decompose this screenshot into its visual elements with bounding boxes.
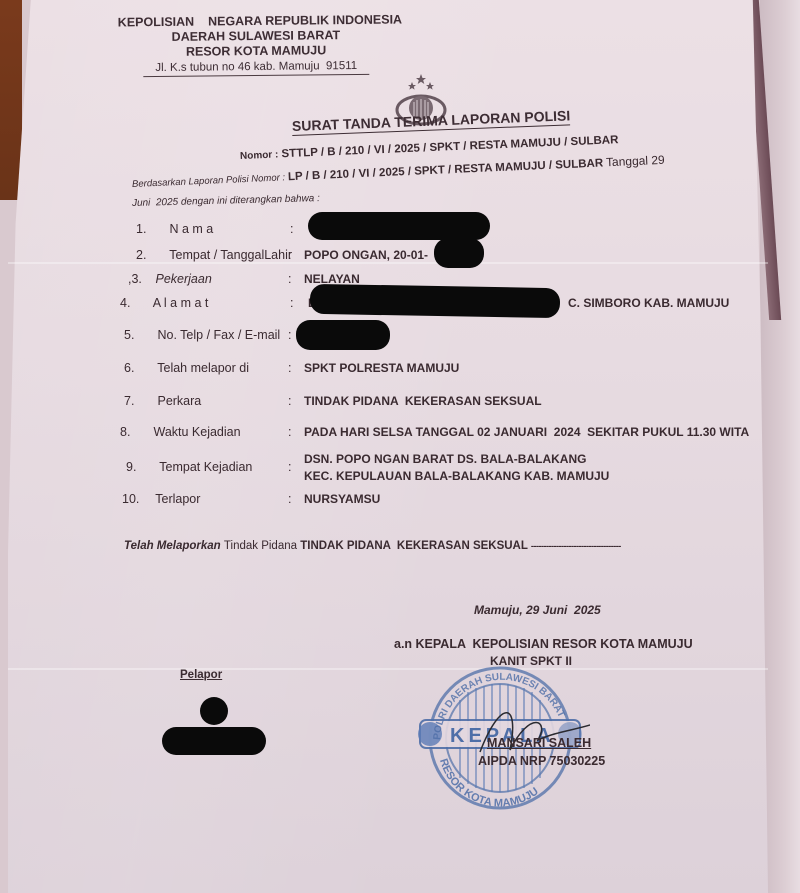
official-stamp-icon: KEPALA POLRI DAERAH SULAWESI BARAT RESOR… bbox=[410, 660, 590, 810]
field-row-lapor: 6. Telah melapor di : SPKT POLRESTA MAMU… bbox=[124, 361, 249, 375]
field-label: Waktu Kejadian bbox=[153, 425, 240, 439]
field-colon: : bbox=[288, 394, 291, 408]
field-value: SPKT POLRESTA MAMUJU bbox=[304, 361, 459, 375]
letterhead-line3: RESOR KOTA MAMUJU bbox=[118, 43, 394, 61]
summary-italic: Telah Melaporkan bbox=[124, 540, 221, 552]
field-number: 6. bbox=[124, 361, 154, 375]
field-number: 1. bbox=[136, 222, 166, 236]
signature-name: MANSARI SALEH bbox=[487, 736, 591, 750]
letterhead: KEPOLISIAN NEGARA REPUBLIK INDONESIA DAE… bbox=[118, 13, 395, 78]
field-label: Tempat / TanggalLahir bbox=[169, 248, 292, 262]
field-colon: : bbox=[288, 272, 291, 286]
field-value: POPO ONGAN, 20-01- bbox=[304, 248, 428, 262]
paper-sheet bbox=[8, 0, 768, 893]
signature-on-behalf: a.n KEPALA KEPOLISIAN RESOR KOTA MAMUJU bbox=[394, 637, 693, 651]
field-row-ttl: 2. Tempat / TanggalLahir : POPO ONGAN, 2… bbox=[136, 248, 292, 262]
field-row-tempat: 9. Tempat Kejadian : DSN. POPO NGAN BARA… bbox=[126, 460, 252, 474]
redaction-alamat bbox=[310, 284, 560, 318]
paper-fold bbox=[8, 262, 768, 264]
field-colon: : bbox=[288, 460, 291, 474]
summary-dashes: ------------------------------------ bbox=[531, 541, 621, 551]
summary-offense: TINDAK PIDANA KEKERASAN SEKSUAL bbox=[300, 540, 527, 552]
field-number: 9. bbox=[126, 460, 156, 474]
redaction-birthdate bbox=[434, 238, 484, 268]
report-date-prefix: Tanggal 29 bbox=[606, 153, 665, 170]
field-number: 7. bbox=[124, 394, 154, 408]
field-row-perkara: 7. Perkara : TINDAK PIDANA KEKERASAN SEK… bbox=[124, 394, 201, 408]
field-value-line2: KEC. KEPULAUAN BALA-BALAKANG KAB. MAMUJU bbox=[304, 469, 609, 483]
field-label: A l a m a t bbox=[153, 296, 209, 310]
field-number: ,3. bbox=[128, 272, 152, 286]
field-label: Tempat Kejadian bbox=[159, 460, 252, 474]
letterhead-address: Jl. K.s tubun no 46 kab. Mamuju 91511 bbox=[143, 59, 369, 77]
summary-line: Telah Melaporkan Tindak Pidana TINDAK PI… bbox=[124, 540, 621, 552]
letterhead-line1: KEPOLISIAN NEGARA REPUBLIK INDONESIA bbox=[118, 13, 394, 31]
field-value: DSN. POPO NGAN BARAT DS. BALA-BALAKANG bbox=[304, 452, 586, 466]
redaction-nama bbox=[308, 212, 490, 240]
field-label: Pekerjaan bbox=[155, 272, 211, 286]
field-value: NURSYAMSU bbox=[304, 492, 380, 506]
field-label: N a m a bbox=[169, 222, 213, 236]
signature-position: KANIT SPKT II bbox=[490, 654, 572, 668]
field-colon: : bbox=[288, 492, 291, 506]
field-colon: : bbox=[288, 328, 291, 342]
redaction-kontak bbox=[296, 320, 390, 350]
field-row-kontak: 5. No. Telp / Fax / E-mail : bbox=[124, 328, 280, 342]
document-number-label: Nomor : bbox=[240, 149, 279, 162]
redaction-reporter-name bbox=[162, 727, 266, 755]
reporter-label: Pelapor bbox=[180, 669, 222, 681]
field-value-suffix: C. SIMBORO KAB. MAMUJU bbox=[568, 296, 729, 310]
redaction-reporter-signature bbox=[200, 697, 228, 725]
field-colon: : bbox=[288, 248, 291, 262]
field-label: No. Telp / Fax / E-mail bbox=[157, 328, 280, 342]
field-row-pekerjaan: ,3. Pekerjaan : NELAYAN bbox=[128, 272, 212, 286]
signature-rank-nrp: AIPDA NRP 75030225 bbox=[478, 754, 605, 768]
field-row-waktu: 8. Waktu Kejadian : PADA HARI SELSA TANG… bbox=[120, 425, 241, 439]
field-number: 5. bbox=[124, 328, 154, 342]
field-row-alamat: 4. A l a m a t : D C. SIMBORO KAB. MAMUJ… bbox=[120, 296, 208, 310]
summary-plain: Tindak Pidana bbox=[224, 540, 297, 552]
field-value: TINDAK PIDANA KEKERASAN SEKSUAL bbox=[304, 394, 542, 408]
field-number: 4. bbox=[120, 296, 150, 310]
field-colon: : bbox=[290, 222, 293, 236]
background-surface bbox=[0, 0, 22, 200]
field-label: Terlapor bbox=[155, 492, 200, 506]
field-row-terlapor: 10. Terlapor : NURSYAMSU bbox=[122, 492, 200, 506]
signature-place-date: Mamuju, 29 Juni 2025 bbox=[474, 603, 601, 617]
field-label: Telah melapor di bbox=[157, 361, 249, 375]
field-colon: : bbox=[288, 425, 291, 439]
field-value: PADA HARI SELSA TANGGAL 02 JANUARI 2024 … bbox=[304, 425, 749, 439]
field-number: 10. bbox=[122, 492, 152, 506]
paper-fold bbox=[8, 668, 768, 670]
field-number: 2. bbox=[136, 248, 166, 262]
field-label: Perkara bbox=[157, 394, 201, 408]
field-colon: : bbox=[288, 361, 291, 375]
field-colon: : bbox=[290, 296, 293, 310]
field-number: 8. bbox=[120, 425, 150, 439]
